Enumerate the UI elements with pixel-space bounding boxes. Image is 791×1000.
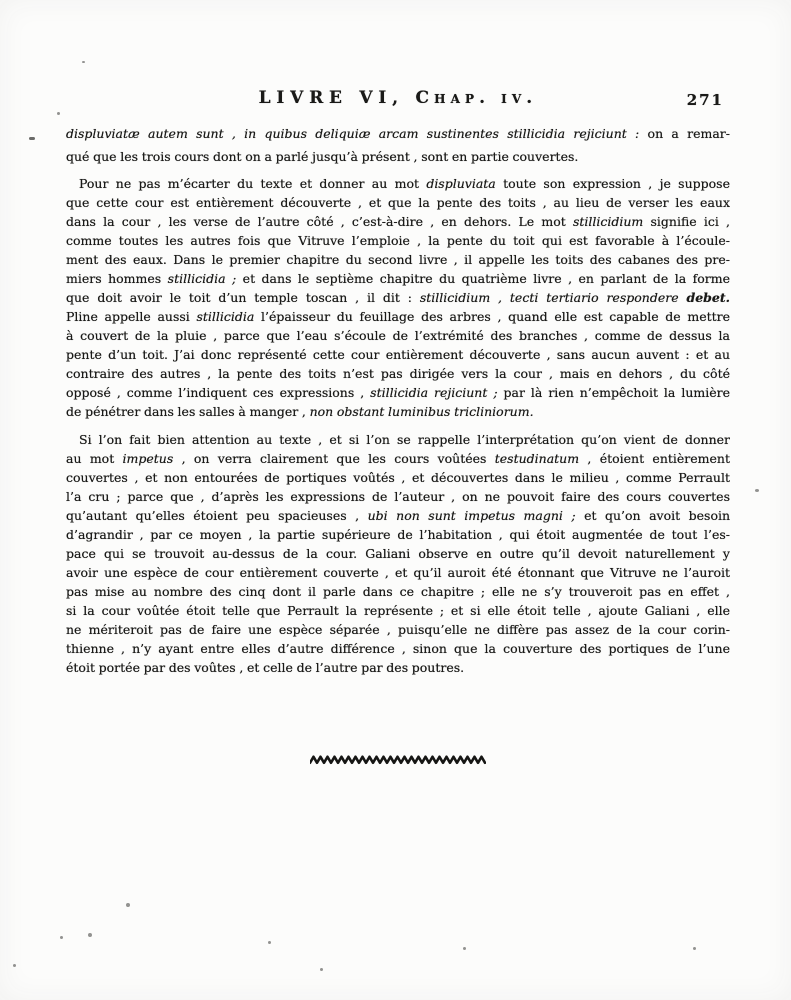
scan-speck <box>29 137 35 140</box>
text-run: l’a cru ; parce que , d’après les expres… <box>66 489 730 504</box>
text-run: , étoient entièrement <box>579 451 730 466</box>
text-line: de pénétrer dans les salles à manger , n… <box>66 402 730 421</box>
section-divider-row <box>66 755 730 774</box>
text-run: toute son expression , je suppose <box>496 176 730 191</box>
text-line: pace qui se trouvoit au-dessus de la cou… <box>66 544 730 563</box>
text-run: avoir une espèce de cour entièrement cou… <box>66 565 730 580</box>
text-line: pente d’un toit. J’ai donc représenté ce… <box>66 345 730 364</box>
text-run: à couvert de la pluie , parce que l’eau … <box>66 328 730 343</box>
text-run: miers hommes <box>66 271 168 286</box>
text-run: Pline appelle aussi <box>66 309 196 324</box>
text-run: displuviata <box>426 176 495 191</box>
scan-speck <box>463 947 466 950</box>
text-line: contraire des autres , la pente des toit… <box>66 364 730 383</box>
text-run: on a remar- <box>639 126 730 141</box>
text-line: Pour ne pas m’écarter du texte et donner… <box>66 174 730 193</box>
text-run: que cette cour est entièrement découvert… <box>66 195 730 210</box>
scan-speck <box>57 112 60 115</box>
text-run: pente d’un toit. J’ai donc représenté ce… <box>66 347 730 362</box>
text-line: dans la cour , les verse de l’autre côté… <box>66 212 730 231</box>
text-line: d’agrandir , par ce moyen , la partie su… <box>66 525 730 544</box>
text-run: au mot <box>66 451 123 466</box>
text-run: impetus <box>123 451 174 466</box>
text-run: couvertes , et non entourées de portique… <box>66 470 730 485</box>
text-run: non obstant luminibus tricliniorum. <box>310 404 534 419</box>
text-line: que doit avoir le toit d’un temple tosca… <box>66 288 730 307</box>
text-run: stillicidia ; <box>168 271 237 286</box>
text-line: thienne , n’y ayant entre elles d’autre … <box>66 639 730 658</box>
text-run: par là rien n’empêchoit la lumière <box>498 385 730 400</box>
scan-speck <box>126 903 130 907</box>
text-run: qu’autant qu’elles étoient peu spacieuse… <box>66 508 368 523</box>
text-run: ubi non sunt impetus magni ; <box>368 508 576 523</box>
text-run: comme toutes les autres fois que Vitruve… <box>66 233 730 248</box>
text-line: comme toutes les autres fois que Vitruve… <box>66 231 730 250</box>
text-line: avoir une espèce de cour entièrement cou… <box>66 563 730 582</box>
text-line: ment des eaux. Dans le premier chapitre … <box>66 250 730 269</box>
scan-speck <box>755 489 759 492</box>
scan-speck <box>320 968 323 971</box>
text-line: displuviatæ autem sunt , in quibus deliq… <box>66 122 730 145</box>
text-run: stillicidia <box>196 309 254 324</box>
page-number: 271 <box>687 91 724 109</box>
text-line: Si l’on fait bien attention au texte , e… <box>66 430 730 449</box>
scanned-book-page: LIVRE VI, Chap. iv. 271 displuviatæ aute… <box>0 0 791 1000</box>
text-run: d’agrandir , par ce moyen , la partie su… <box>66 527 730 542</box>
text-line: étoit portée par des voûtes , et celle d… <box>66 658 730 677</box>
text-run: qué que les trois cours dont on a parlé … <box>66 149 578 164</box>
text-run: et dans le septième chapitre du quatrièm… <box>236 271 730 286</box>
text-line: à couvert de la pluie , parce que l’eau … <box>66 326 730 345</box>
text-run: que doit avoir le toit d’un temple tosca… <box>66 290 420 305</box>
text-run: étoit portée par des voûtes , et celle d… <box>66 660 464 675</box>
text-line: ne mériteroit pas de faire une espèce sé… <box>66 620 730 639</box>
scan-speck <box>13 964 16 967</box>
text-block: displuviatæ autem sunt , in quibus deliq… <box>66 122 730 677</box>
text-run: contraire des autres , la pente des toit… <box>66 366 730 381</box>
text-line: que cette cour est entièrement découvert… <box>66 193 730 212</box>
paragraph: Si l’on fait bien attention au texte , e… <box>66 430 730 677</box>
text-run: ment des eaux. Dans le premier chapitre … <box>66 252 730 267</box>
text-run: stillicidium <box>573 214 643 229</box>
text-run: debet. <box>686 290 730 305</box>
text-line: Pline appelle aussi stillicidia l’épaiss… <box>66 307 730 326</box>
page-header: LIVRE VI, Chap. iv. 271 <box>66 88 730 114</box>
text-run: ne mériteroit pas de faire une espèce sé… <box>66 622 730 637</box>
text-run: thienne , n’y ayant entre elles d’autre … <box>66 641 730 656</box>
text-run: stillicidia rejiciunt ; <box>370 385 497 400</box>
running-title: LIVRE VI, Chap. iv. <box>66 88 730 108</box>
running-title-chapter: Chap. iv. <box>416 88 538 108</box>
text-run: pas mise au nombre des cinq dont il parl… <box>66 584 730 599</box>
text-run: Pour ne pas m’écarter du texte et donner… <box>79 176 426 191</box>
text-line: au mot impetus , on verra clairement que… <box>66 449 730 468</box>
text-run: testudinatum <box>495 451 579 466</box>
text-run: l’épaisseur du feuillage des arbres , qu… <box>254 309 730 324</box>
squiggle-divider <box>310 755 486 765</box>
text-run: displuviatæ autem sunt , in quibus deliq… <box>66 126 639 141</box>
scan-speck <box>693 947 696 950</box>
text-run: pace qui se trouvoit au-dessus de la cou… <box>66 546 730 561</box>
text-line: qué que les trois cours dont on a parlé … <box>66 145 730 168</box>
paragraph: Pour ne pas m’écarter du texte et donner… <box>66 174 730 421</box>
text-line: si la cour voûtée étoit telle que Perrau… <box>66 601 730 620</box>
text-run: , on verra clairement que les cours voût… <box>173 451 494 466</box>
text-run: si la cour voûtée étoit telle que Perrau… <box>66 603 730 618</box>
text-line: opposé , comme l’indiquent ces expressio… <box>66 383 730 402</box>
text-run: Si l’on fait bien attention au texte , e… <box>79 432 730 447</box>
paragraph: displuviatæ autem sunt , in quibus deliq… <box>66 122 730 168</box>
scan-speck <box>60 936 63 939</box>
scan-speck <box>268 941 271 944</box>
scan-speck <box>88 933 92 937</box>
text-run: signifie ici , <box>643 214 730 229</box>
text-run: de pénétrer dans les salles à manger , <box>66 404 310 419</box>
scan-speck <box>82 61 85 63</box>
text-line: couvertes , et non entourées de portique… <box>66 468 730 487</box>
text-line: qu’autant qu’elles étoient peu spacieuse… <box>66 506 730 525</box>
text-run: dans la cour , les verse de l’autre côté… <box>66 214 573 229</box>
text-line: miers hommes stillicidia ; et dans le se… <box>66 269 730 288</box>
text-run: stillicidium , tecti tertiario responder… <box>420 290 687 305</box>
text-run: opposé , comme l’indiquent ces expressio… <box>66 385 370 400</box>
text-run: et qu’on avoit besoin <box>576 508 730 523</box>
running-title-book: LIVRE VI, <box>259 88 404 108</box>
text-line: pas mise au nombre des cinq dont il parl… <box>66 582 730 601</box>
text-line: l’a cru ; parce que , d’après les expres… <box>66 487 730 506</box>
